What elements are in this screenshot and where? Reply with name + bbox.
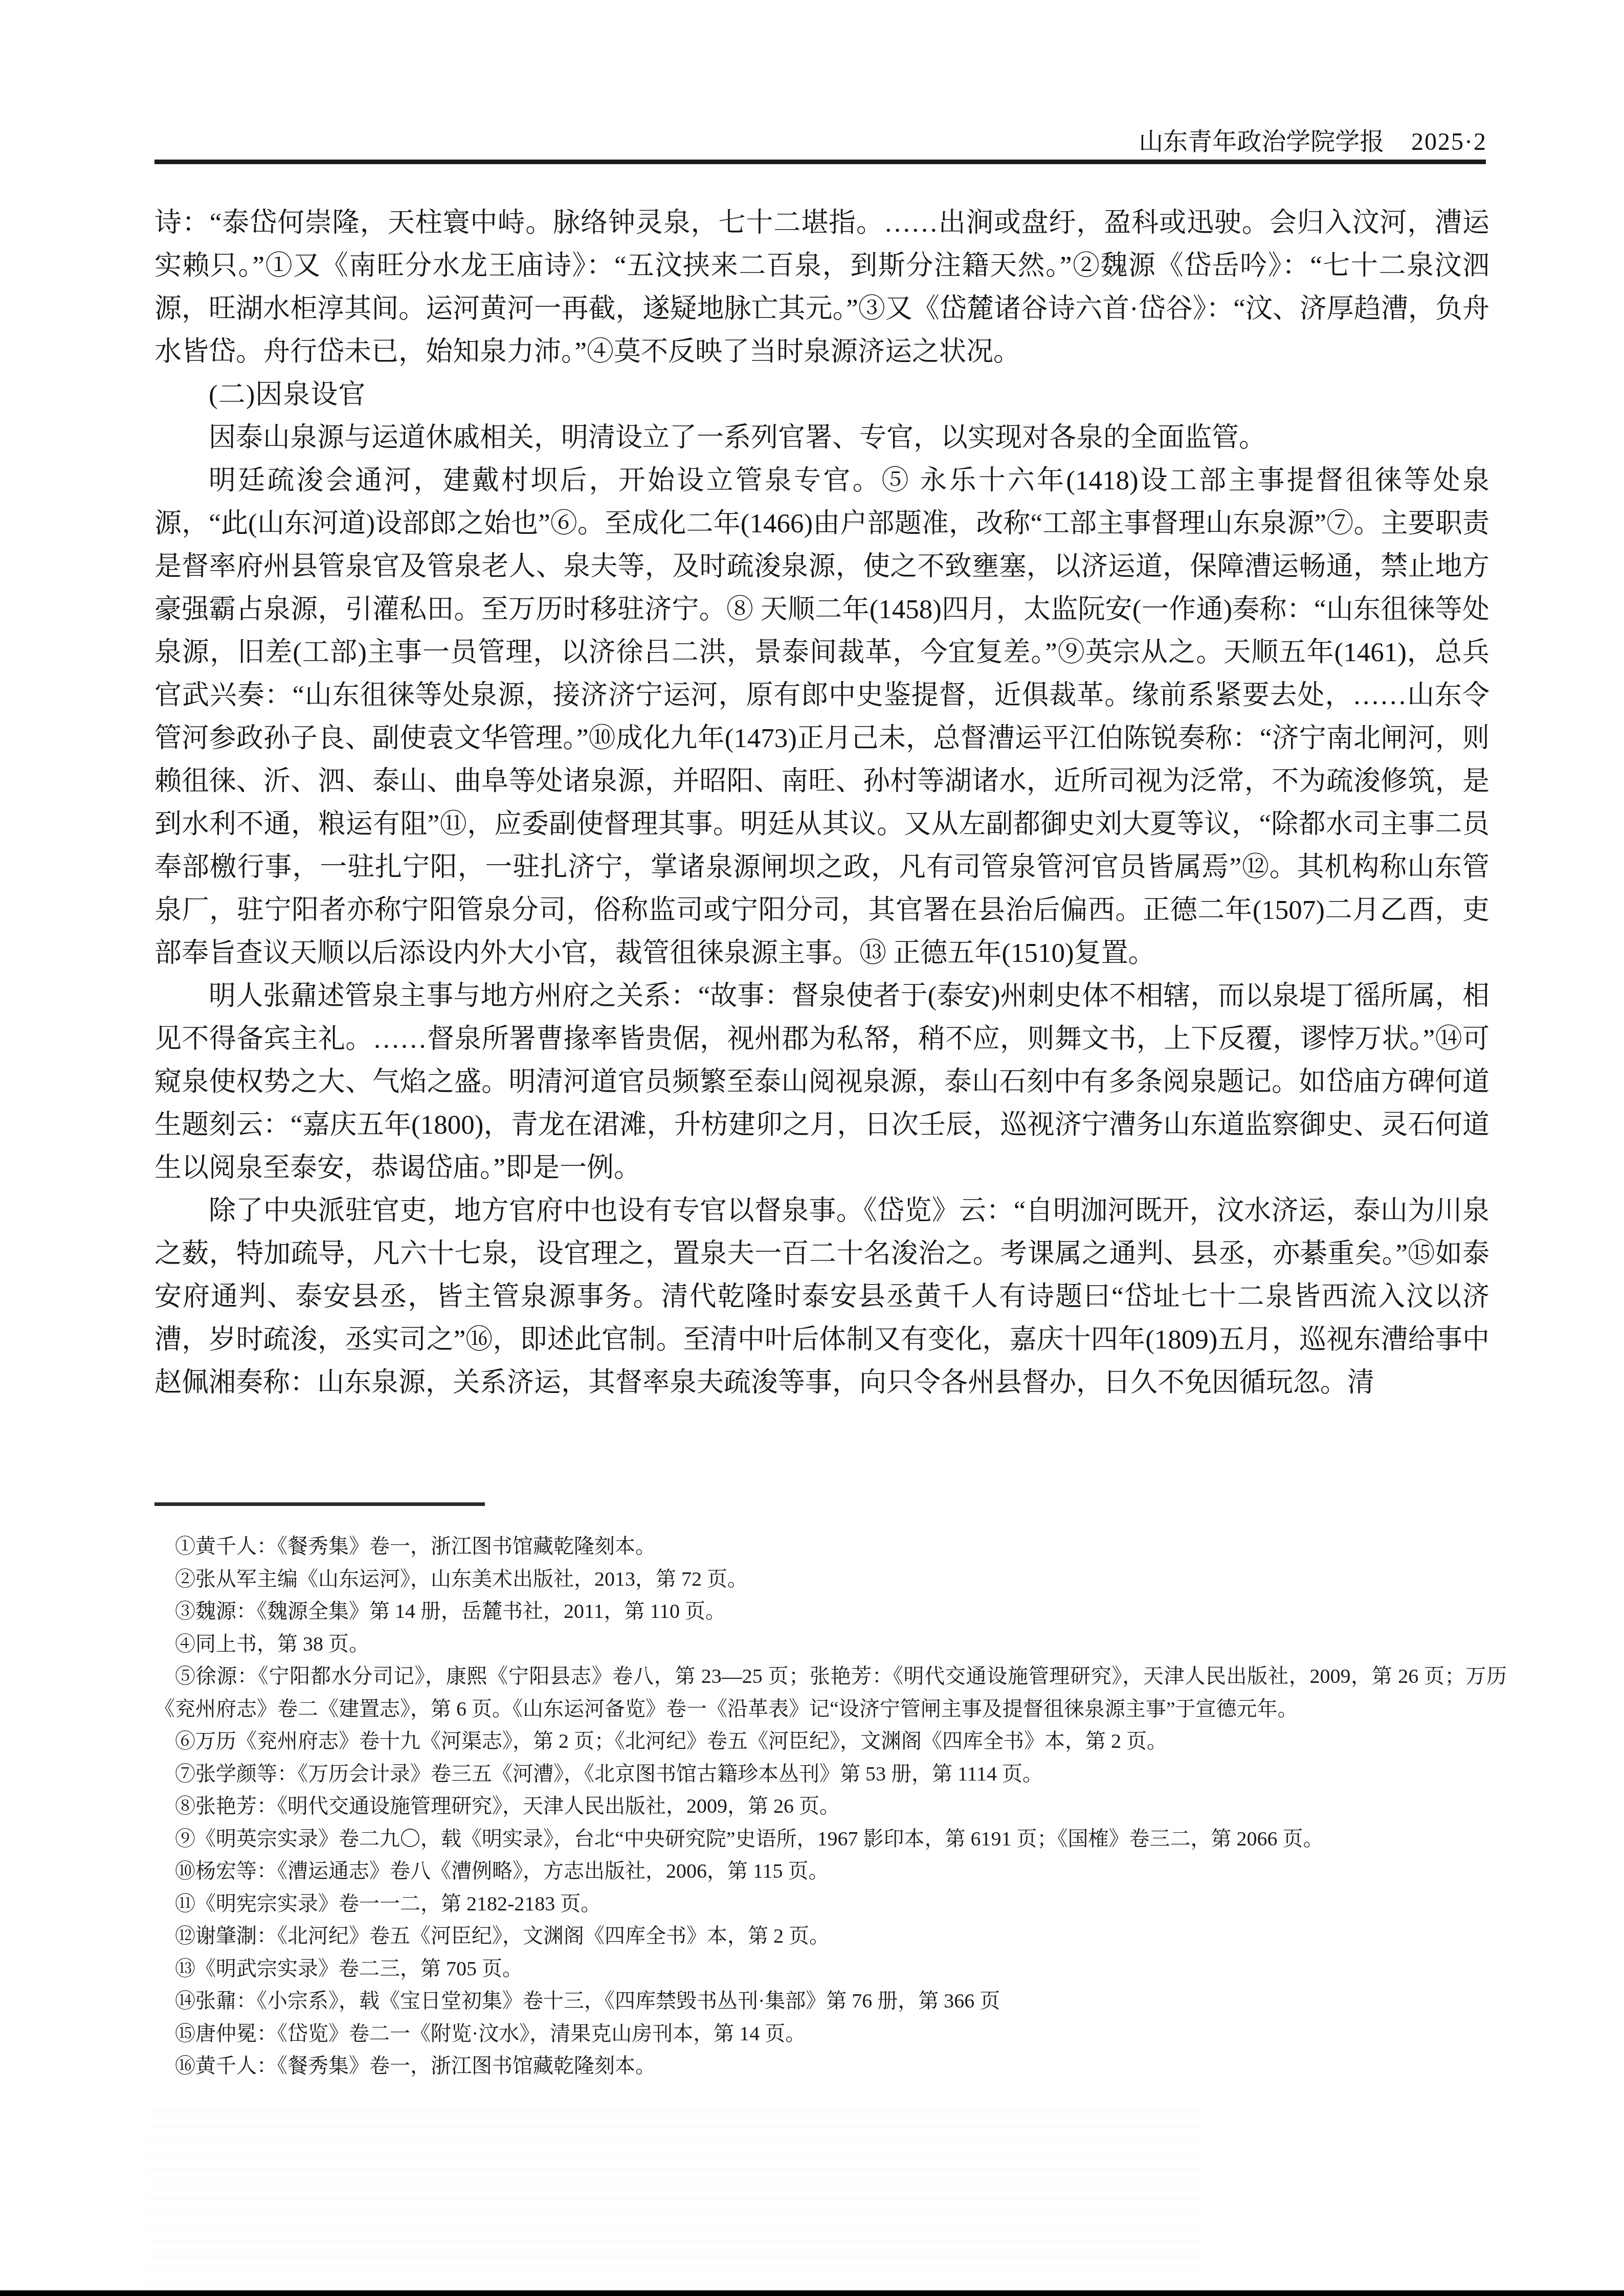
section-heading: (二)因泉设官	[154, 373, 1489, 416]
body-paragraph: 诗：“泰岱何崇隆，天柱寰中峙。脉络钟灵泉，七十二堪指。……出涧或盘纡，盈科或迅驶…	[154, 201, 1489, 373]
footnote-item: ⑨《明英宗实录》卷二九〇，载《明实录》，台北“中央研究院”史语所，1967 影印…	[154, 1822, 1507, 1855]
footnote-item: ⑭张鼐：《小宗系》，载《宝日堂初集》卷十三，《四库禁毁书丛刊·集部》第 76 册…	[154, 1985, 1507, 2017]
page-header: 山东青年政治学院学报2025·2	[1139, 122, 1487, 157]
body-paragraph: 因泰山泉源与运道休戚相关，明清设立了一系列官署、专官，以实现对各泉的全面监管。	[154, 416, 1489, 459]
issue-number: 2025·2	[1411, 128, 1487, 155]
body-paragraph: 明廷疏浚会通河，建戴村坝后，开始设立管泉专官。⑤ 永乐十六年(1418)设工部主…	[154, 459, 1489, 975]
article-body: 诗：“泰岱何崇隆，天柱寰中峙。脉络钟灵泉，七十二堪指。……出涧或盘纡，盈科或迅驶…	[154, 201, 1489, 1404]
page-show-through-artifact	[148, 2102, 1202, 2286]
journal-title: 山东青年政治学院学报	[1139, 128, 1384, 155]
footnote-item: ⑯黄千人：《餐秀集》卷一，浙江图书馆藏乾隆刻本。	[154, 2050, 1507, 2082]
header-rule	[154, 160, 1486, 164]
footnote-item: ⑮唐仲冕：《岱览》卷二一《附览·汶水》，清果克山房刊本，第 14 页。	[154, 2017, 1507, 2050]
scan-edge-bar	[0, 2290, 1624, 2296]
footnote-item: ⑫谢肇淛：《北河纪》卷五《河臣纪》，文渊阁《四库全书》本，第 2 页。	[154, 1920, 1507, 1952]
footnote-item: ①黄千人：《餐秀集》卷一，浙江图书馆藏乾隆刻本。	[154, 1530, 1507, 1563]
footnote-item: ④同上书，第 38 页。	[154, 1628, 1507, 1660]
footnote-item: ⑪《明宪宗实录》卷一一二，第 2182-2183 页。	[154, 1887, 1507, 1920]
body-paragraph: 明人张鼐述管泉主事与地方州府之关系：“故事：督泉使者于(泰安)州刺史体不相辖，而…	[154, 975, 1489, 1189]
body-paragraph: 除了中央派驻官吏，地方官府中也设有专官以督泉事。《岱览》云：“自明泇河既开，汶水…	[154, 1189, 1489, 1404]
footnote-item: ⑧张艳芳：《明代交通设施管理研究》，天津人民出版社，2009，第 26 页。	[154, 1790, 1507, 1822]
footnote-item: ②张从军主编《山东运河》，山东美术出版社，2013，第 72 页。	[154, 1563, 1507, 1595]
footnote-item: ⑥万历《兖州府志》卷十九《河渠志》，第 2 页；《北河纪》卷五《河臣纪》，文渊阁…	[154, 1725, 1507, 1758]
footnote-separator	[154, 1502, 485, 1506]
footnote-item: ⑦张学颜等：《万历会计录》卷三五《河漕》，《北京图书馆古籍珍本丛刊》第 53 册…	[154, 1758, 1507, 1790]
footnote-item: ③魏源：《魏源全集》第 14 册，岳麓书社，2011，第 110 页。	[154, 1595, 1507, 1628]
journal-page: 山东青年政治学院学报2025·2 诗：“泰岱何崇隆，天柱寰中峙。脉络钟灵泉，七十…	[0, 0, 1624, 2296]
footnote-item: ⑩杨宏等：《漕运通志》卷八《漕例略》，方志出版社，2006，第 115 页。	[154, 1855, 1507, 1887]
footnote-item: ⑬《明武宗实录》卷二三，第 705 页。	[154, 1952, 1507, 1985]
footnotes-block: ①黄千人：《餐秀集》卷一，浙江图书馆藏乾隆刻本。②张从军主编《山东运河》，山东美…	[154, 1530, 1507, 2082]
footnote-item: ⑤徐源：《宁阳都水分司记》，康熙《宁阳县志》卷八，第 23—25 页；张艳芳：《…	[154, 1660, 1507, 1725]
